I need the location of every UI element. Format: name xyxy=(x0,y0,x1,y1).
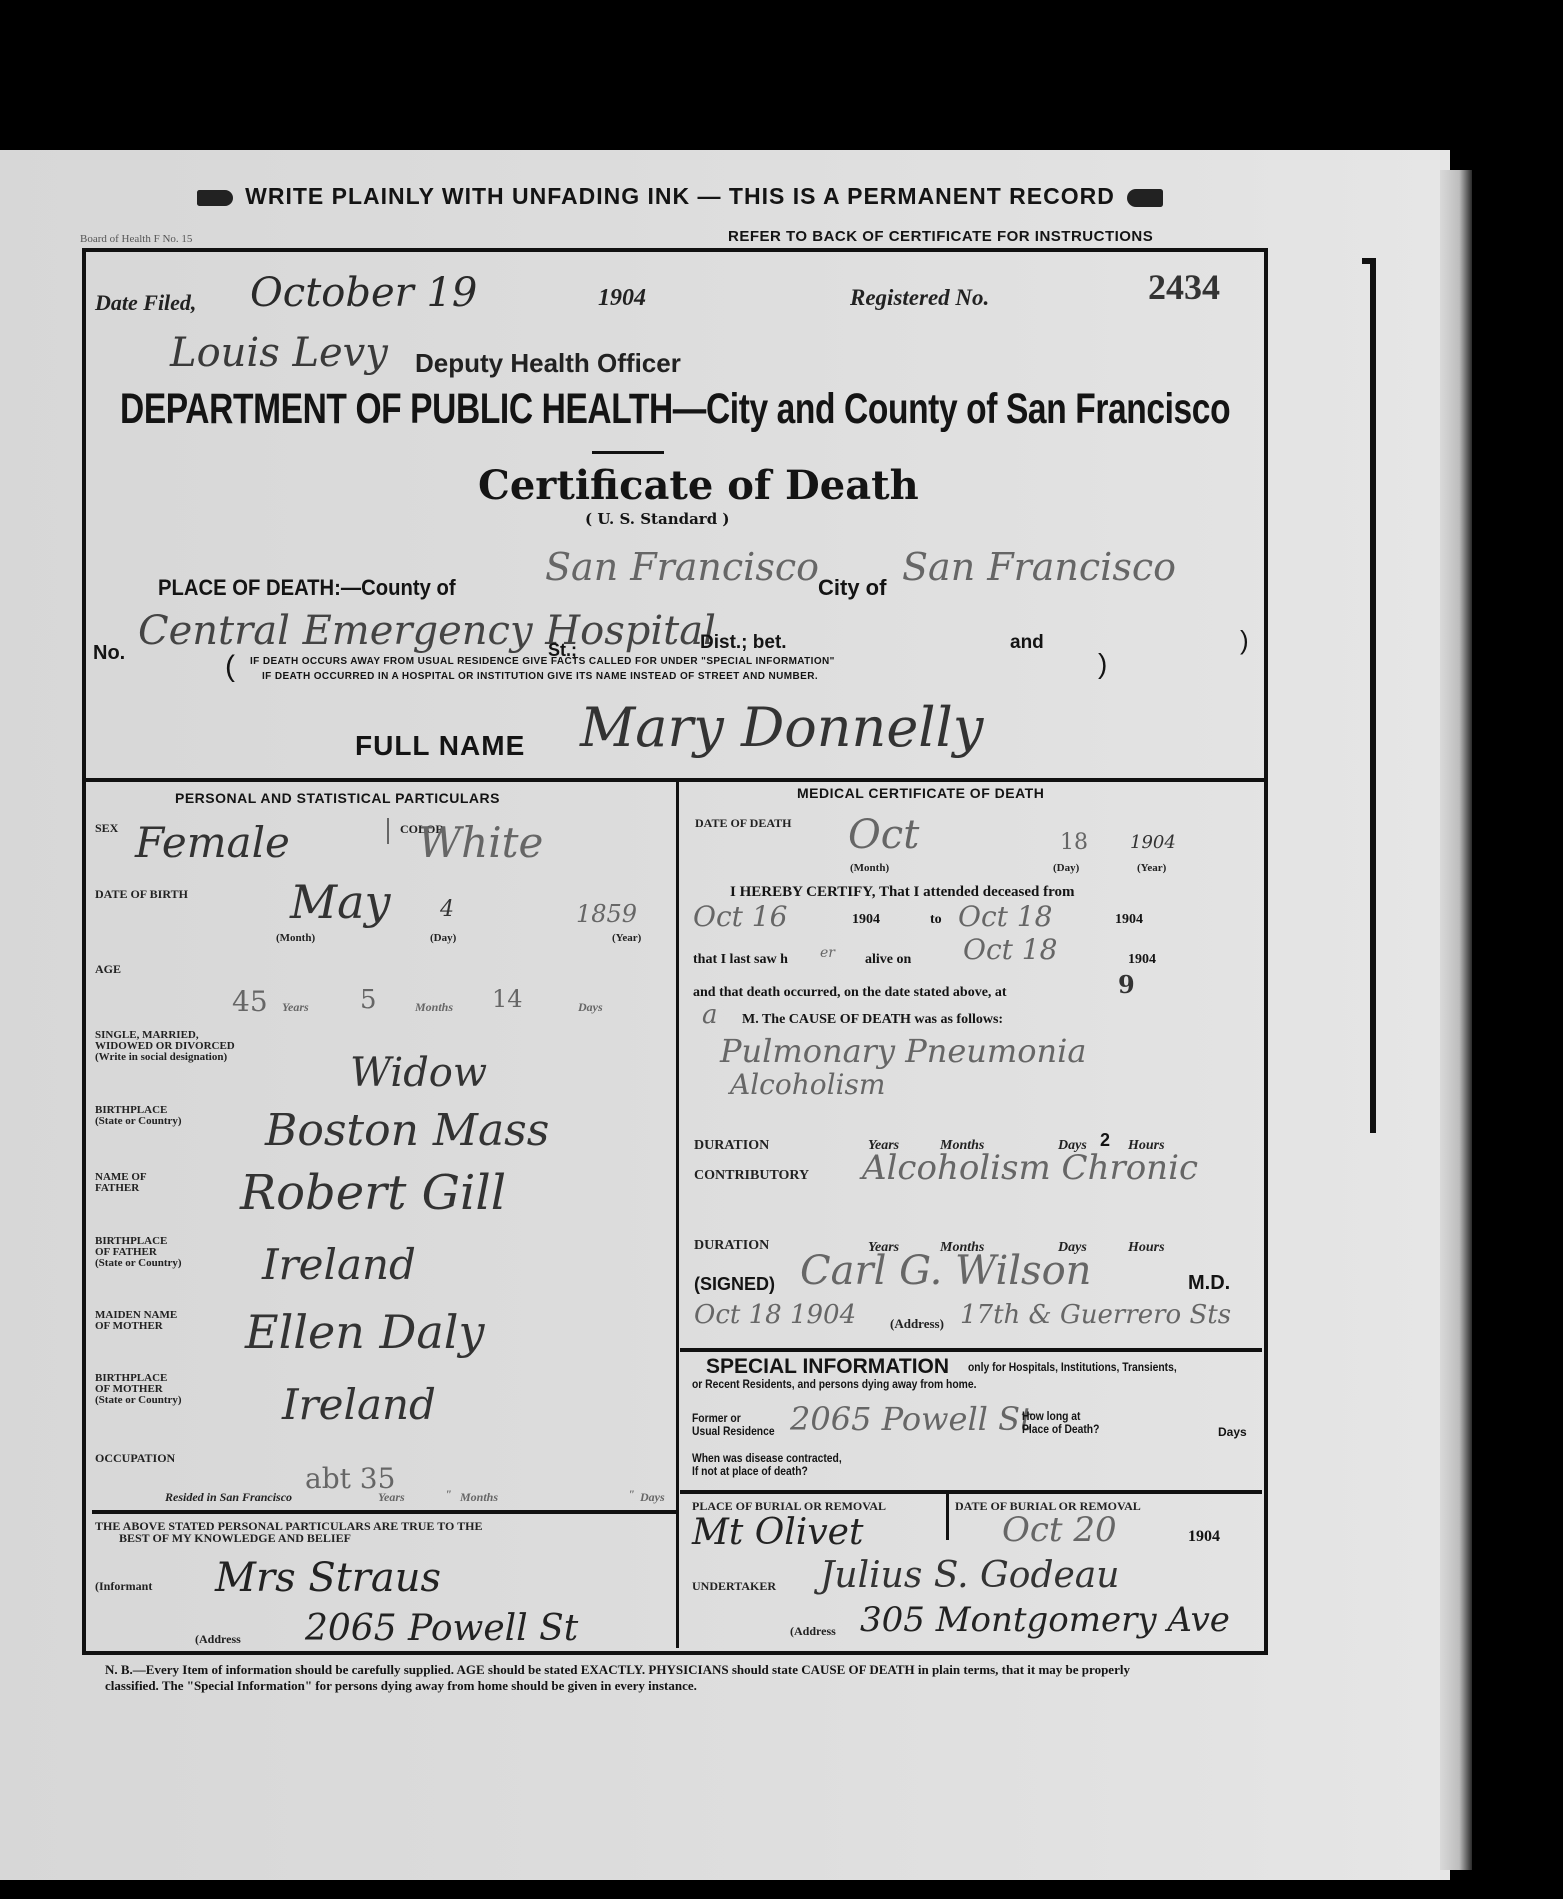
certify-text: I HEREBY CERTIFY, That I attended deceas… xyxy=(730,884,1075,901)
dod-year-caption: (Year) xyxy=(1137,862,1166,874)
burial-place-value: Mt Olivet xyxy=(692,1512,863,1553)
registered-number: 2434 xyxy=(1148,266,1220,308)
sex-color-divider xyxy=(387,818,389,844)
dod-month-caption: (Month) xyxy=(850,862,889,874)
title-rule xyxy=(592,451,664,454)
occurred-text: and that death occurred, on the date sta… xyxy=(693,985,1007,1001)
md-label: M.D. xyxy=(1188,1272,1230,1295)
birthplace-label: BIRTHPLACE (State or Country) xyxy=(95,1105,182,1127)
attestation-text: THE ABOVE STATED PERSONAL PARTICULARS AR… xyxy=(95,1520,482,1544)
dod-month: Oct xyxy=(848,812,919,858)
contributory-label: CONTRIBUTORY xyxy=(694,1170,809,1182)
undertaker-address-label: (Address xyxy=(790,1625,836,1637)
color-value: White xyxy=(418,818,543,867)
city-label: City of xyxy=(818,575,886,601)
duration-label-1: DURATION xyxy=(694,1140,769,1152)
duration-label-2: DURATION xyxy=(694,1240,769,1252)
physician-address: 17th & Guerrero Sts xyxy=(960,1300,1231,1330)
pointing-hand-right-icon xyxy=(1127,189,1163,207)
burial-divider xyxy=(680,1490,1262,1494)
informant-address-label: (Address xyxy=(195,1633,241,1645)
marital-status-value: Widow xyxy=(350,1050,487,1096)
father-name-value: Robert Gill xyxy=(240,1165,506,1221)
mother-name-label: MAIDEN NAME OF MOTHER xyxy=(95,1310,177,1332)
death-am-pm: a xyxy=(702,1000,718,1030)
age-months: 5 xyxy=(360,985,377,1015)
physician-address-label: (Address) xyxy=(890,1318,944,1330)
attended-from: Oct 16 xyxy=(693,900,787,933)
instructions-reference: REFER TO BACK OF CERTIFICATE FOR INSTRUC… xyxy=(728,228,1153,245)
former-residence-value: 2065 Powell St xyxy=(790,1400,1033,1438)
pointing-hand-left-icon xyxy=(197,190,233,206)
cause-line-2: Alcoholism xyxy=(730,1068,885,1101)
last-saw-date: Oct 18 xyxy=(963,933,1057,966)
address-no-label: No. xyxy=(93,642,125,665)
county-value: San Francisco xyxy=(545,545,819,589)
burial-year: 1904 xyxy=(1188,1528,1220,1546)
medical-section-title: MEDICAL CERTIFICATE OF DEATH xyxy=(797,785,1044,801)
marital-label: SINGLE, MARRIED, WIDOWED OR DIVORCED (Wr… xyxy=(95,1030,235,1063)
informant-address: 2065 Powell St xyxy=(305,1608,578,1649)
resided-label: Resided in San Francisco xyxy=(165,1490,292,1505)
burial-date-value: Oct 20 xyxy=(1002,1510,1117,1550)
and-label: and xyxy=(1010,632,1044,654)
age-months-caption: Months xyxy=(415,1000,453,1015)
contributory-value: Alcoholism Chronic xyxy=(862,1148,1198,1188)
mother-name-value: Ellen Daly xyxy=(245,1305,484,1359)
certificate-title: Certificate of Death xyxy=(478,462,919,509)
informant-divider xyxy=(92,1510,676,1514)
printer-line: Board of Health F No. 15 xyxy=(80,233,192,245)
special-divider xyxy=(680,1348,1262,1352)
father-birthplace-value: Ireland xyxy=(262,1240,416,1289)
header-banner: WRITE PLAINLY WITH UNFADING INK — THIS I… xyxy=(130,183,1230,210)
signed-date: Oct 18 1904 xyxy=(694,1300,856,1330)
dob-year-caption: (Year) xyxy=(612,932,641,944)
city-value: San Francisco xyxy=(902,545,1176,589)
informant-label: (Informant xyxy=(95,1580,152,1592)
age-years: 45 xyxy=(232,985,268,1018)
cause-text: M. The CAUSE OF DEATH was as follows: xyxy=(742,1012,1003,1028)
date-filed-label: Date Filed, xyxy=(95,290,196,316)
book-page-edge xyxy=(1440,170,1472,1870)
to-label: to xyxy=(930,912,942,928)
father-birthplace-label: BIRTHPLACE OF FATHER (State or Country) xyxy=(95,1236,182,1269)
mother-birthplace-label: BIRTHPLACE OF MOTHER (State or Country) xyxy=(95,1373,182,1406)
age-label: AGE xyxy=(95,963,121,975)
full-name-value: Mary Donnelly xyxy=(580,696,983,759)
dod-label: DATE OF DEATH xyxy=(695,817,791,829)
district-label: Dist.; bet. xyxy=(700,632,787,654)
resided-months-caption: Months xyxy=(460,1490,498,1505)
personal-section-title: PERSONAL AND STATISTICAL PARTICULARS xyxy=(175,790,500,806)
dod-day: 18 xyxy=(1060,830,1088,855)
note-paren-close: ) xyxy=(1098,648,1107,680)
mother-birthplace-value: Ireland xyxy=(282,1380,436,1429)
note-paren-open: ( xyxy=(225,650,235,684)
sex-value: Female xyxy=(135,818,290,867)
undertaker-label: UNDERTAKER xyxy=(692,1580,776,1592)
how-long-days: Days xyxy=(1218,1425,1247,1439)
paren-close: ) xyxy=(1240,625,1249,656)
dob-year: 1859 xyxy=(576,900,637,928)
signed-label: (SIGNED) xyxy=(694,1274,775,1295)
binding-bracket xyxy=(1362,258,1376,1133)
attended-from-year: 1904 xyxy=(852,912,880,928)
certificate-form xyxy=(82,248,1268,1655)
section-divider xyxy=(82,778,1268,782)
last-saw-pronoun: er xyxy=(820,945,835,961)
special-title: SPECIAL INFORMATION xyxy=(706,1355,949,1379)
place-note-line1: IF DEATH OCCURS AWAY FROM USUAL RESIDENC… xyxy=(250,656,835,667)
last-saw-text: that I last saw h xyxy=(693,952,788,968)
column-divider xyxy=(676,778,679,1648)
footer-note: N. B.—Every Item of information should b… xyxy=(105,1662,1185,1694)
burial-place-label: PLACE OF BURIAL OR REMOVAL xyxy=(692,1500,886,1512)
health-officer-signature: Louis Levy xyxy=(170,330,388,376)
contracted-label: When was disease contracted, If not at p… xyxy=(692,1452,842,1478)
resided-years-caption: Years xyxy=(378,1490,405,1505)
place-of-death-label: PLACE OF DEATH:—County of xyxy=(158,575,456,601)
date-filed-year: 1904 xyxy=(598,285,646,312)
duration2-hours-label: Hours xyxy=(1128,1240,1165,1256)
officer-title: Deputy Health Officer xyxy=(415,348,681,379)
dob-month-caption: (Month) xyxy=(276,932,315,944)
registered-no-label: Registered No. xyxy=(850,285,989,311)
attended-to: Oct 18 xyxy=(958,900,1052,933)
full-name-label: FULL NAME xyxy=(355,730,525,762)
department-title: DEPARTMENT OF PUBLIC HEALTH—City and Cou… xyxy=(120,385,1230,434)
death-hour: 9 xyxy=(1118,970,1135,999)
resided-days-caption: Days xyxy=(640,1490,665,1505)
date-filed-value: October 19 xyxy=(250,270,477,316)
informant-name: Mrs Straus xyxy=(215,1555,441,1601)
occupation-label: OCCUPATION xyxy=(95,1452,175,1464)
undertaker-address: 305 Montgomery Ave xyxy=(860,1600,1230,1640)
burial-column-divider xyxy=(946,1494,949,1540)
special-subtitle-2: or Recent Residents, and persons dying a… xyxy=(692,1377,976,1391)
birthplace-value: Boston Mass xyxy=(265,1105,549,1156)
how-long-label: How long at Place of Death? xyxy=(1022,1410,1099,1436)
former-residence-label: Former or Usual Residence xyxy=(692,1412,775,1438)
dob-month: May xyxy=(290,875,391,929)
dod-day-caption: (Day) xyxy=(1053,862,1079,874)
physician-signature: Carl G. Wilson xyxy=(800,1248,1091,1294)
alive-on-label: alive on xyxy=(865,952,911,968)
age-years-caption: Years xyxy=(282,1000,309,1015)
last-saw-year: 1904 xyxy=(1128,952,1156,968)
dob-day: 4 xyxy=(440,897,454,922)
age-days: 14 xyxy=(492,985,523,1013)
place-note-line2: IF DEATH OCCURRED IN A HOSPITAL OR INSTI… xyxy=(262,671,818,682)
cause-line-1: Pulmonary Pneumonia xyxy=(720,1032,1086,1070)
attended-to-year: 1904 xyxy=(1115,912,1143,928)
dob-day-caption: (Day) xyxy=(430,932,456,944)
dob-label: DATE OF BIRTH xyxy=(95,888,188,900)
certificate-subtitle: ( U. S. Standard ) xyxy=(585,510,730,528)
place-of-death-location: Central Emergency Hospital xyxy=(138,608,716,654)
sex-label: SEX xyxy=(95,822,118,834)
resided-months: " xyxy=(445,1487,452,1502)
dod-year: 1904 xyxy=(1130,832,1176,853)
father-name-label: NAME OF FATHER xyxy=(95,1172,147,1194)
special-subtitle-1: only for Hospitals, Institutions, Transi… xyxy=(968,1360,1177,1374)
age-days-caption: Days xyxy=(578,1000,603,1015)
undertaker-name: Julius S. Godeau xyxy=(820,1555,1119,1596)
resided-days: " xyxy=(628,1487,635,1502)
